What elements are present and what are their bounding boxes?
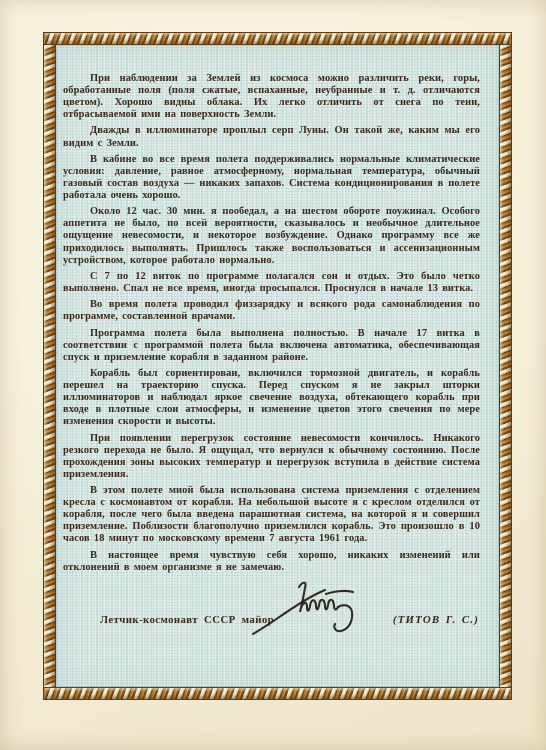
rope-border-right xyxy=(499,38,512,694)
rope-border-bottom xyxy=(43,687,512,700)
paragraph: В кабине во все время полета поддерживал… xyxy=(63,154,480,202)
paragraph: Программа полета была выполнена полность… xyxy=(63,328,480,364)
signature-block: Летчик-космонавт СССР майор (ТИТОВ Г. С.… xyxy=(63,592,480,656)
signatory-role-label: Летчик-космонавт СССР майор xyxy=(100,614,274,626)
rope-border-frame: При наблюдении за Землей из космоса можн… xyxy=(43,32,512,700)
paragraph: При появлении перегрузок состояние невес… xyxy=(63,433,480,481)
paragraph: С 7 по 12 виток по программе полагался с… xyxy=(63,271,480,295)
paragraph: В этом полете мной была использована сис… xyxy=(63,485,480,545)
signatory-name: (ТИТОВ Г. С.) xyxy=(393,614,479,626)
paragraph: Около 12 час. 30 мин. я пообедал, а на ш… xyxy=(63,206,480,266)
rope-border-top xyxy=(43,32,512,45)
paragraph: При наблюдении за Землей из космоса можн… xyxy=(63,73,480,121)
paragraph: В настоящее время чувствую себя хорошо, … xyxy=(63,550,480,574)
document-photo: При наблюдении за Землей из космоса можн… xyxy=(0,0,546,750)
letter-panel: При наблюдении за Землей из космоса можн… xyxy=(56,45,499,687)
paragraph: Корабль был сориентирован, включился тор… xyxy=(63,368,480,428)
paragraph: Дважды в иллюминаторе проплыл серп Луны.… xyxy=(63,125,480,149)
paragraph: Во время полета проводил физзарядку и вс… xyxy=(63,299,480,323)
handwritten-signature-icon xyxy=(249,578,376,646)
rope-border-left xyxy=(43,38,56,694)
letter-body: При наблюдении за Землей из космоса можн… xyxy=(63,73,480,656)
